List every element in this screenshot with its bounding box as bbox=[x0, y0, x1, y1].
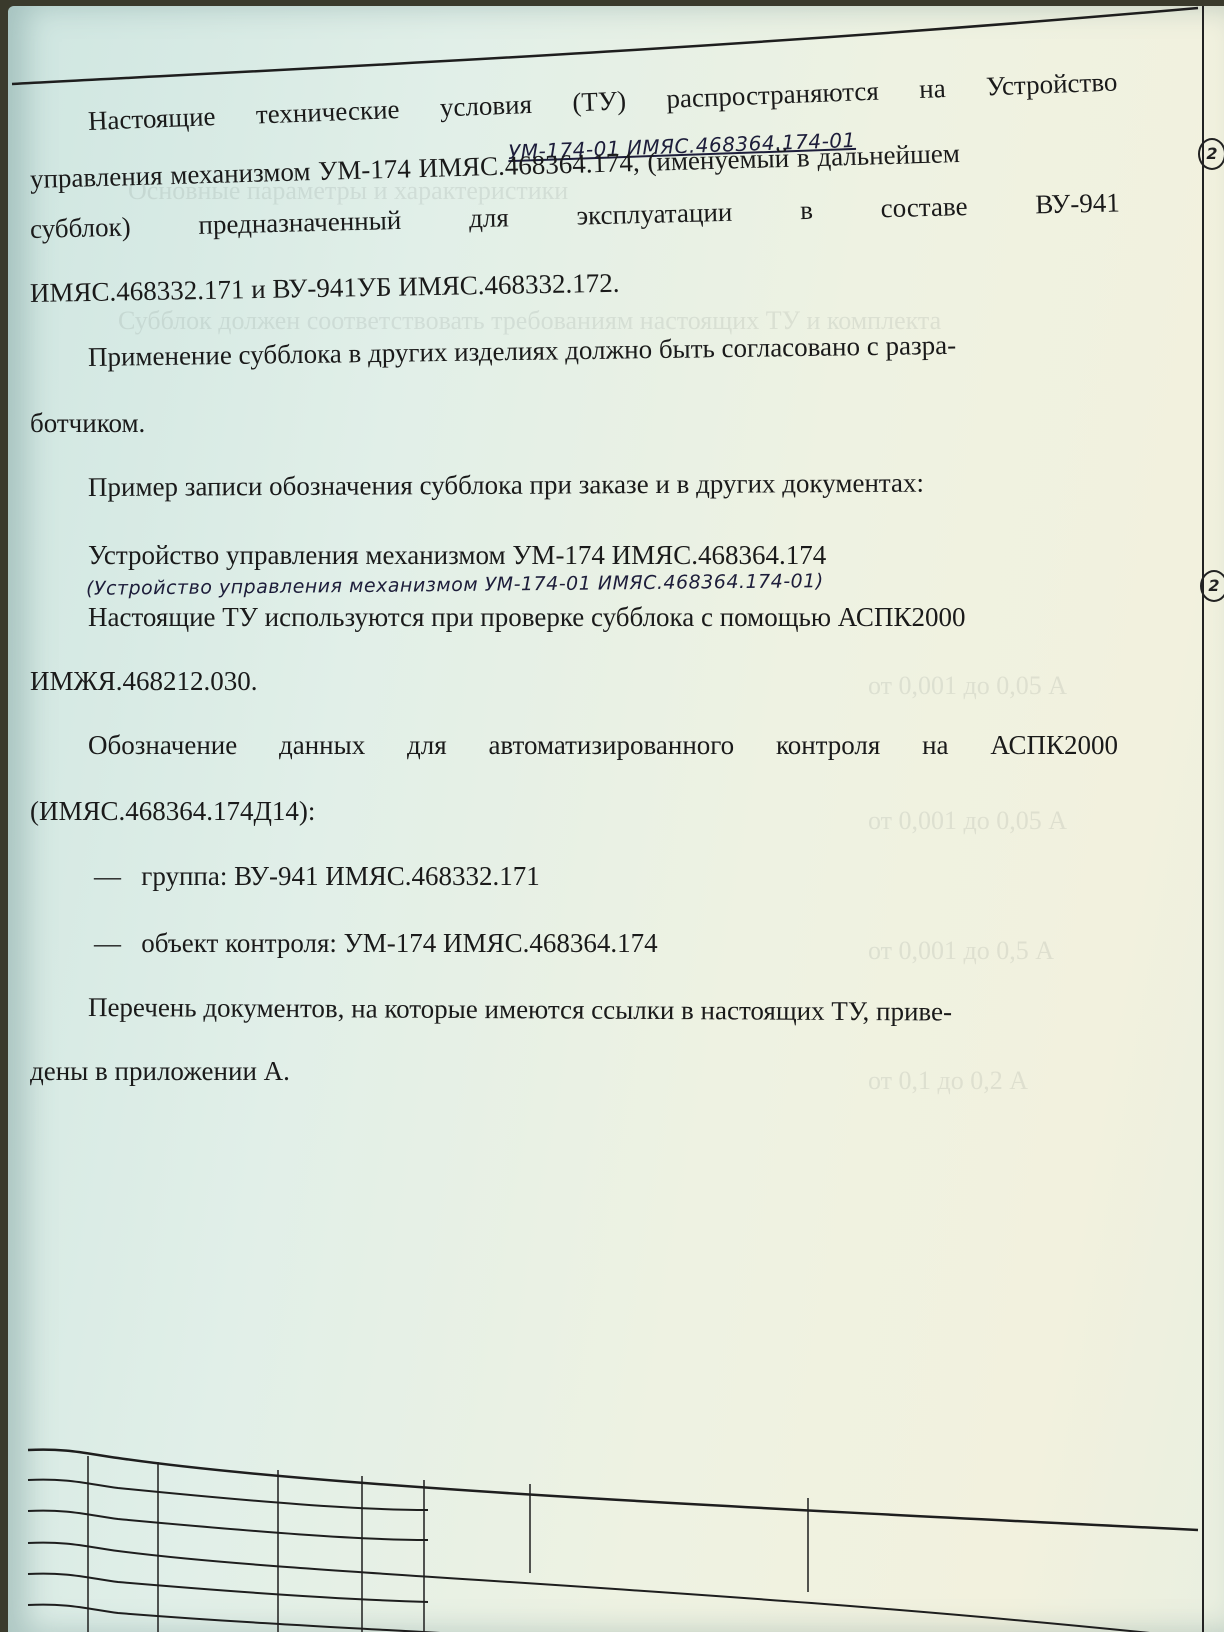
list-bullet: — bbox=[94, 928, 121, 958]
p6-line2: (ИМЯС.468364.174Д14): bbox=[30, 796, 315, 827]
word: на bbox=[919, 73, 947, 104]
p6-line1: Обозначение данных для автоматизированно… bbox=[88, 730, 1118, 761]
word: (ТУ) bbox=[572, 85, 627, 117]
word: субблок) bbox=[30, 212, 131, 244]
word: для bbox=[469, 202, 509, 233]
word: АСПК2000 bbox=[990, 730, 1118, 760]
word: технические bbox=[255, 94, 400, 129]
p4-example: Устройство управления механизмом УМ-174 … bbox=[88, 540, 826, 571]
p7-line2: дены в приложении А. bbox=[30, 1056, 290, 1087]
word: автоматизированного bbox=[488, 730, 734, 760]
margin-change-mark: 2 bbox=[1200, 570, 1224, 602]
word: ВУ-941 bbox=[1035, 187, 1120, 219]
p2-line2: ботчиком. bbox=[30, 408, 145, 439]
list-text: группа: ВУ-941 ИМЯС.468332.171 bbox=[141, 861, 540, 891]
list-item: — объект контроля: УМ-174 ИМЯС.468364.17… bbox=[94, 928, 658, 959]
p7-line1: Перечень документов, на которые имеются … bbox=[88, 992, 952, 1028]
p3: Пример записи обозначения субблока при з… bbox=[88, 468, 924, 503]
list-item: — группа: ВУ-941 ИМЯС.468332.171 bbox=[94, 861, 540, 892]
word: эксплуатации bbox=[576, 197, 733, 231]
p5-line1: Настоящие ТУ используются при проверке с… bbox=[88, 602, 965, 633]
word: в bbox=[800, 195, 813, 225]
show-through-text: от 0,001 до 0,05 А bbox=[868, 671, 1067, 701]
word: контроля bbox=[776, 730, 880, 760]
word: Настоящие bbox=[87, 101, 216, 136]
word: для bbox=[407, 730, 447, 760]
word: предназначенный bbox=[198, 205, 402, 240]
p5-line2: ИМЖЯ.468212.030. bbox=[30, 666, 257, 697]
show-through-text: от 0,1 до 0,2 А bbox=[868, 1066, 1028, 1096]
list-bullet: — bbox=[94, 861, 121, 891]
word: Обозначение bbox=[88, 730, 237, 760]
show-through-text: от 0,001 до 0,5 А bbox=[868, 936, 1054, 966]
word: данных bbox=[279, 730, 365, 760]
word: составе bbox=[880, 191, 968, 223]
document-page: Основные параметры и характеристики Субб… bbox=[8, 6, 1224, 1632]
p2-line1: Применение субблока в других изделиях до… bbox=[88, 330, 957, 373]
word: на bbox=[922, 730, 948, 760]
show-through-text: от 0,001 до 0,05 А bbox=[868, 806, 1067, 836]
handwritten-example-addition: (Устройство управления механизмом УМ-174… bbox=[86, 570, 824, 600]
word: Устройство bbox=[986, 66, 1118, 101]
list-text: объект контроля: УМ-174 ИМЯС.468364.174 bbox=[141, 928, 657, 958]
margin-change-mark: 2 bbox=[1198, 138, 1224, 170]
word: условия bbox=[439, 89, 532, 123]
p1-line4: ИМЯС.468332.171 и ВУ-941УБ ИМЯС.468332.1… bbox=[30, 268, 620, 309]
frame-right-border bbox=[1202, 6, 1204, 1632]
